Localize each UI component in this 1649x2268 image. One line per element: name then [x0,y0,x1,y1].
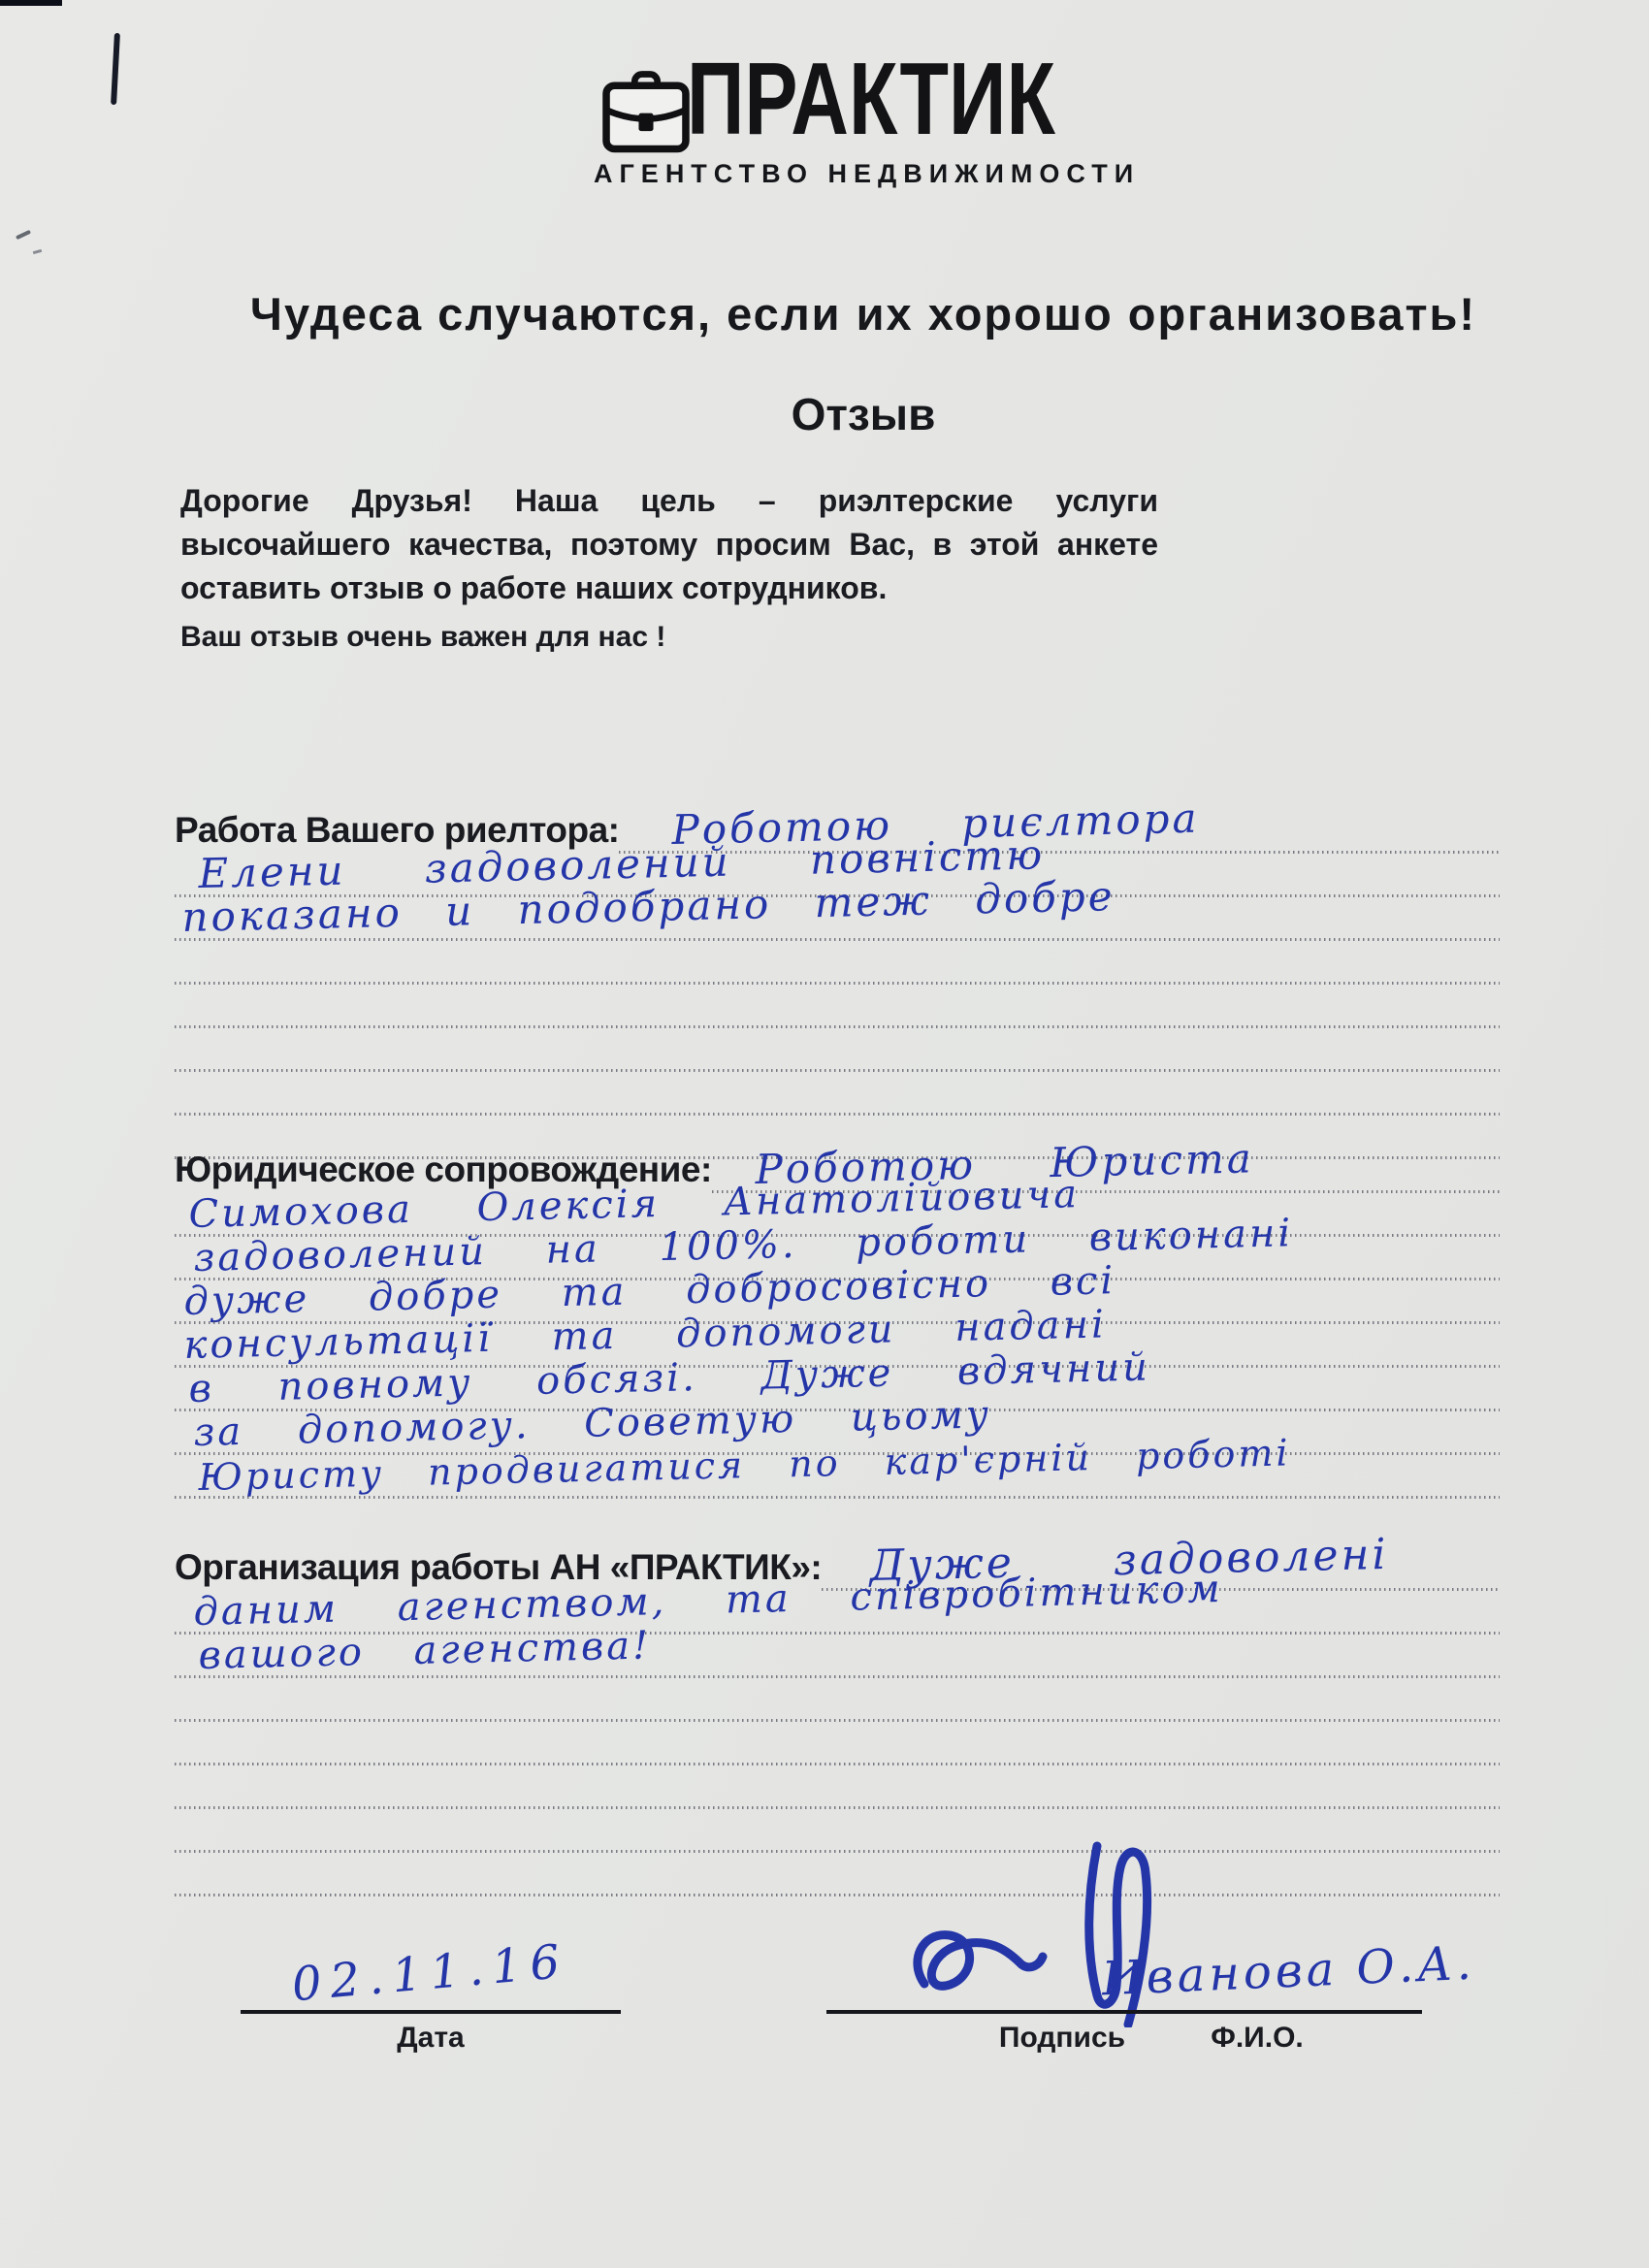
dotted-line: показано и подобрано теж добре [175,897,1500,941]
date-line: 02.11.16 [241,1843,621,2014]
section-realtor: Работа Вашего риелтора: Роботою риєлтора… [175,810,1500,1159]
page-title: Отзыв [0,388,1649,440]
dotted-line [175,941,1500,985]
slogan: Чудеса случаются, если их хорошо организ… [0,287,1649,340]
dotted-line [175,1766,1500,1809]
handwritten-text: вашого агенства! [198,1626,652,1675]
logo-brand: ПРАКТИК [687,41,1055,158]
dotted-line [175,1072,1500,1116]
handwritten-date: 02.11.16 [290,1934,571,2023]
date-block: 02.11.16 Дата [241,1843,621,2055]
name-label: Ф.И.О. [1092,2022,1422,2055]
scanned-feedback-form: ПРАКТИК АГЕНТСТВО НЕДВИЖИМОСТИ Чудеса сл… [0,0,1649,2268]
scan-speck [33,249,42,254]
scan-speck [16,230,31,240]
handwritten-name: Иванова О.А. [1101,1936,1477,2019]
dotted-line: Юристу продвигатися по кар'єрній роботі [175,1455,1500,1499]
scan-edge-artifact [0,0,62,6]
intro-paragraph: Дорогие Друзья! Наша цель – риэлтерские … [180,479,1158,610]
name-block: Иванова О.А. Ф.И.О. [1092,1843,1422,2055]
briefcase-icon [601,62,691,161]
date-label: Дата [241,2022,621,2055]
dotted-line: даним агенством, та співробітником [175,1591,1500,1635]
dotted-line: вашого агенства! [175,1635,1500,1678]
dotted-line [175,1722,1500,1766]
important-note: Ваш отзыв очень важен для нас ! [180,621,665,654]
agency-logo: ПРАКТИК АГЕНТСТВО НЕДВИЖИМОСТИ [601,56,1086,216]
logo-subtitle: АГЕНТСТВО НЕДВИЖИМОСТИ [594,159,1083,189]
section-legal: Юридическое сопровождение: Роботою Юрист… [175,1150,1500,1499]
name-line: Иванова О.А. [1092,1843,1422,2014]
pen-mark [111,33,120,105]
dotted-line [175,985,1500,1028]
dotted-line [175,1028,1500,1072]
dotted-line [175,1678,1500,1722]
